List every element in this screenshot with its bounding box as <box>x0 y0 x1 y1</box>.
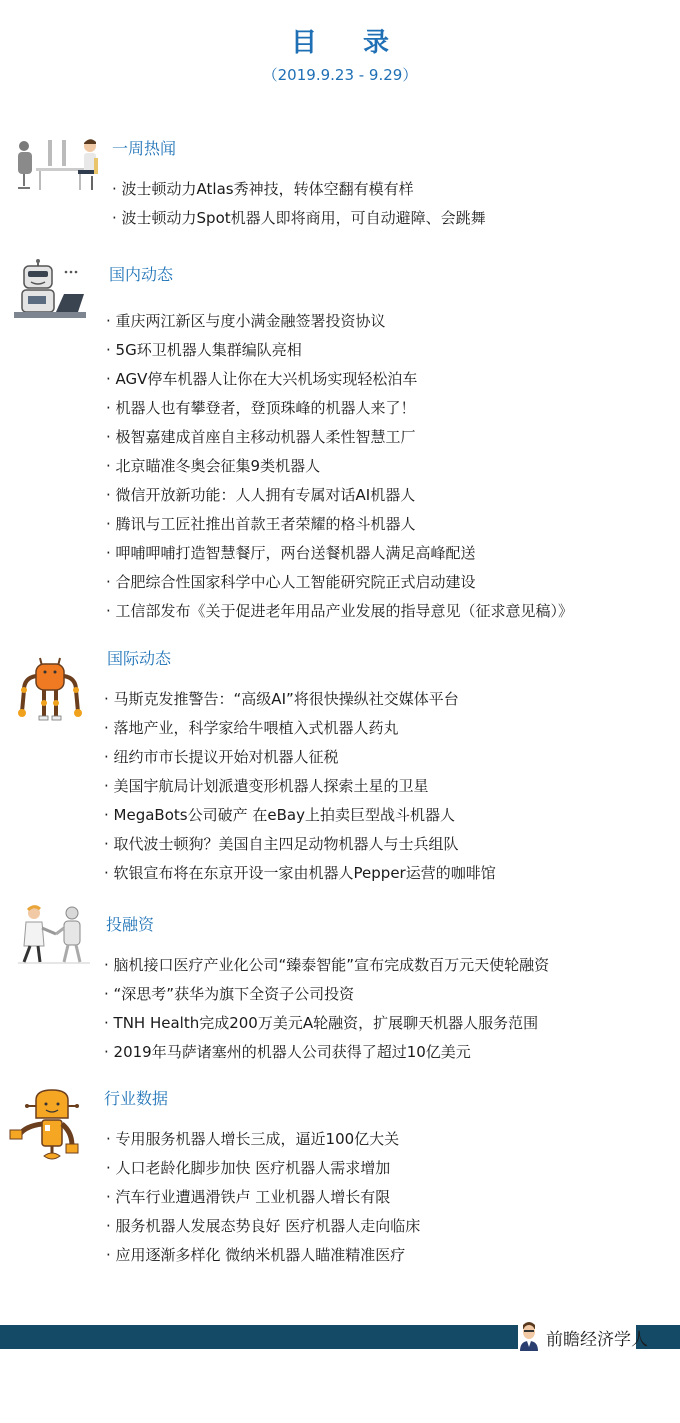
list-item[interactable]: · 马斯克发推警告：“高级AI”将很快操纵社交媒体平台 <box>104 688 459 709</box>
section-title-weekly-hot-news: 一周热闻 <box>112 136 176 159</box>
date-range: （2019.9.23 - 9.29） <box>0 64 680 85</box>
list-item[interactable]: · 波士顿动力Spot机器人即将商用，可自动避障、会跳舞 <box>112 207 486 228</box>
robot-and-human-at-desks-icon <box>14 136 106 194</box>
list-item[interactable]: · 脑机接口医疗产业化公司“臻泰智能”宣布完成数百万元天使轮融资 <box>104 954 549 975</box>
list-item[interactable]: · 专用服务机器人增长三成，逼近100亿大关 <box>106 1128 399 1149</box>
footer-brand-label: 前瞻经济学人 <box>546 1325 648 1350</box>
list-item[interactable]: · 重庆两江新区与度小满金融签署投资协议 <box>106 310 386 331</box>
economist-avatar-icon <box>518 1319 540 1355</box>
list-item[interactable]: · 工信部发布《关于促进老年用品产业发展的指导意见（征求意见稿）》 <box>106 600 573 621</box>
list-item[interactable]: · 软银宣布将在东京开设一家由机器人Pepper运营的咖啡馆 <box>104 862 496 883</box>
list-item[interactable]: · 人口老龄化脚步加快 医疗机器人需求增加 <box>106 1157 390 1178</box>
section-title-domestic-news: 国内动态 <box>109 262 173 285</box>
list-item[interactable]: · 合肥综合性国家科学中心人工智能研究院正式启动建设 <box>106 571 476 592</box>
list-item[interactable]: · 美国宇航局计划派遣变形机器人探索土星的卫星 <box>104 775 429 796</box>
list-item[interactable]: · 纽约市市长提议开始对机器人征税 <box>104 746 339 767</box>
page-title: 目录 <box>0 22 680 59</box>
footer-brand: 前瞻经济学人 <box>518 1318 648 1356</box>
list-item[interactable]: · 波士顿动力Atlas秀神技，转体空翻有模有样 <box>112 178 414 199</box>
list-item[interactable]: · AGV停车机器人让你在大兴机场实现轻松泊车 <box>106 368 417 389</box>
list-item[interactable]: · 极智嘉建成首座自主移动机器人柔性智慧工厂 <box>106 426 416 447</box>
orange-long-legged-robot-icon <box>14 656 86 722</box>
yellow-waving-robot-icon <box>8 1084 88 1164</box>
list-item[interactable]: · 呷哺呷哺打造智慧餐厅，两台送餐机器人满足高峰配送 <box>106 542 476 563</box>
list-item[interactable]: · 落地产业，科学家给牛喂植入式机器人药丸 <box>104 717 399 738</box>
list-item[interactable]: · 北京瞄准冬奥会征集9类机器人 <box>106 455 320 476</box>
list-item[interactable]: · 5G环卫机器人集群编队亮相 <box>106 339 302 360</box>
scientist-robot-handshake-icon <box>14 904 94 966</box>
list-item[interactable]: · TNH Health完成200万美元A轮融资，扩展聊天机器人服务范围 <box>104 1012 538 1033</box>
section-title-industry-data: 行业数据 <box>104 1086 168 1109</box>
list-item[interactable]: · “深思考”获华为旗下全资子公司投资 <box>104 983 354 1004</box>
title-char-2: 录 <box>363 28 389 58</box>
list-item[interactable]: · MegaBots公司破产 在eBay上拍卖巨型战斗机器人 <box>104 804 455 825</box>
section-title-investment-financing: 投融资 <box>106 912 154 935</box>
list-item[interactable]: · 服务机器人发展态势良好 医疗机器人走向临床 <box>106 1215 420 1236</box>
list-item[interactable]: · 取代波士顿狗？美国自主四足动物机器人与士兵组队 <box>104 833 459 854</box>
footer-bar-left <box>0 1325 518 1349</box>
list-item[interactable]: · 汽车行业遭遇滑铁卢 工业机器人增长有限 <box>106 1186 390 1207</box>
list-item[interactable]: · 2019年马萨诸塞州的机器人公司获得了超过10亿美元 <box>104 1041 471 1062</box>
list-item[interactable]: · 腾讯与工匠社推出首款王者荣耀的格斗机器人 <box>106 513 416 534</box>
title-char-1: 目 <box>291 28 317 58</box>
robot-with-laptop-icon <box>12 258 102 322</box>
list-item[interactable]: · 机器人也有攀登者，登顶珠峰的机器人来了！ <box>106 397 416 418</box>
list-item[interactable]: · 微信开放新功能：人人拥有专属对话AI机器人 <box>106 484 415 505</box>
list-item[interactable]: · 应用逐渐多样化 微纳米机器人瞄准精准医疗 <box>106 1244 405 1265</box>
section-title-international-news: 国际动态 <box>107 646 171 669</box>
